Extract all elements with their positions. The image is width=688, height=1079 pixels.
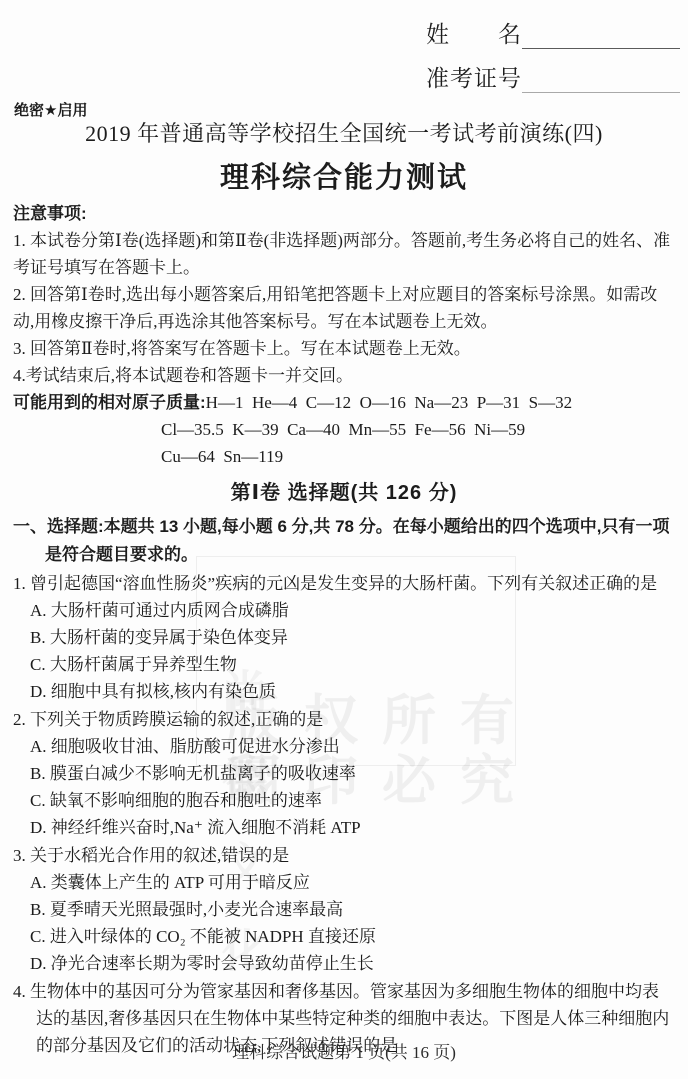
question-3-option-c: C. 进入叶绿体的 CO₂ 不能被 NADPH 直接还原 bbox=[13, 923, 675, 950]
paper-header: 姓 名 准考证号 绝密★启用 2019 年普通高等学校招生全国统一考试考前演练(… bbox=[0, 0, 688, 200]
atomic-mass-line-3: Cu—64 Sn—119 bbox=[13, 443, 675, 470]
question-2-option-b: B. 膜蛋白减少不影响无机盐离子的吸收速率 bbox=[13, 760, 675, 787]
question-1-option-b: B. 大肠杆菌的变异属于染色体变异 bbox=[13, 624, 675, 651]
page-footer: 理科综合试题第 1 页(共 16 页) bbox=[0, 1038, 688, 1063]
name-field-blank-line bbox=[522, 20, 680, 49]
question-1-stem: 1. 曾引起德国“溶血性肠炎”疾病的元凶是发生变异的大肠杆菌。下列有关叙述正确的… bbox=[13, 570, 675, 597]
paper-body: 注意事项: 1. 本试卷分第Ⅰ卷(选择题)和第Ⅱ卷(非选择题)两部分。答题前,考… bbox=[0, 200, 688, 1059]
question-2-option-c: C. 缺氧不影响细胞的胞吞和胞吐的速率 bbox=[13, 787, 675, 814]
notice-item-4: 4.考试结束后,将本试题卷和答题卡一并交回。 bbox=[13, 362, 675, 389]
paper-title: 理科综合能力测试 bbox=[0, 155, 688, 196]
question-3-stem: 3. 关于水稻光合作用的叙述,错误的是 bbox=[13, 842, 675, 869]
atomic-mass-line-2: Cl—35.5 K—39 Ca—40 Mn—55 Fe—56 Ni—59 bbox=[13, 416, 675, 443]
notice-heading: 注意事项: bbox=[13, 200, 675, 227]
candidate-id-field: 准考证号 bbox=[426, 60, 680, 93]
multiple-choice-instructions: 一、选择题:本题共 13 小题,每小题 6 分,共 78 分。在每小题给出的四个… bbox=[13, 513, 675, 569]
question-3-option-b: B. 夏季晴天光照最强时,小麦光合速率最高 bbox=[13, 896, 675, 923]
notice-item-1: 1. 本试卷分第Ⅰ卷(选择题)和第Ⅱ卷(非选择题)两部分。答题前,考生务必将自己… bbox=[13, 227, 675, 281]
question-3: 3. 关于水稻光合作用的叙述,错误的是 A. 类囊体上产生的 ATP 可用于暗反… bbox=[13, 842, 675, 977]
question-3-option-a: A. 类囊体上产生的 ATP 可用于暗反应 bbox=[13, 869, 675, 896]
name-field-label: 姓 名 bbox=[426, 16, 522, 49]
notice-item-2: 2. 回答第Ⅰ卷时,选出每小题答案后,用铅笔把答题卡上对应题目的答案标号涂黑。如… bbox=[13, 281, 675, 335]
question-2-option-a: A. 细胞吸收甘油、脂肪酸可促进水分渗出 bbox=[13, 733, 675, 760]
atomic-mass-label: 可能用到的相对原子质量: bbox=[13, 393, 206, 412]
question-1-option-d: D. 细胞中具有拟核,核内有染色质 bbox=[13, 678, 675, 705]
question-1-option-c: C. 大肠杆菌属于异养型生物 bbox=[13, 651, 675, 678]
atomic-mass-line-1: 可能用到的相对原子质量:H—1 He—4 C—12 O—16 Na—23 P—3… bbox=[13, 389, 675, 416]
exam-paper-page: 尚德文化 版权所有 翻印必究 姓 名 准考证号 绝密★启用 2019 年普通高等… bbox=[0, 0, 688, 1079]
candidate-id-label: 准考证号 bbox=[426, 60, 522, 93]
question-1: 1. 曾引起德国“溶血性肠炎”疾病的元凶是发生变异的大肠杆菌。下列有关叙述正确的… bbox=[13, 570, 675, 705]
section-1-heading: 第Ⅰ卷 选择题(共 126 分) bbox=[13, 478, 675, 508]
question-2-option-d: D. 神经纤维兴奋时,Na⁺ 流入细胞不消耗 ATP bbox=[13, 814, 675, 841]
name-field: 姓 名 bbox=[426, 16, 680, 49]
question-3-option-d: D. 净光合速率长期为零时会导致幼苗停止生长 bbox=[13, 950, 675, 977]
question-1-option-a: A. 大肠杆菌可通过内质网合成磷脂 bbox=[13, 597, 675, 624]
question-2-stem: 2. 下列关于物质跨膜运输的叙述,正确的是 bbox=[13, 706, 675, 733]
candidate-id-blank-line bbox=[522, 64, 680, 93]
notice-item-3: 3. 回答第Ⅱ卷时,将答案写在答题卡上。写在本试题卷上无效。 bbox=[13, 335, 675, 362]
atomic-mass-values-1: H—1 He—4 C—12 O—16 Na—23 P—31 S—32 bbox=[206, 393, 572, 412]
exam-session-title: 2019 年普通高等学校招生全国统一考试考前演练(四) bbox=[0, 117, 688, 148]
question-2: 2. 下列关于物质跨膜运输的叙述,正确的是 A. 细胞吸收甘油、脂肪酸可促进水分… bbox=[13, 706, 675, 841]
